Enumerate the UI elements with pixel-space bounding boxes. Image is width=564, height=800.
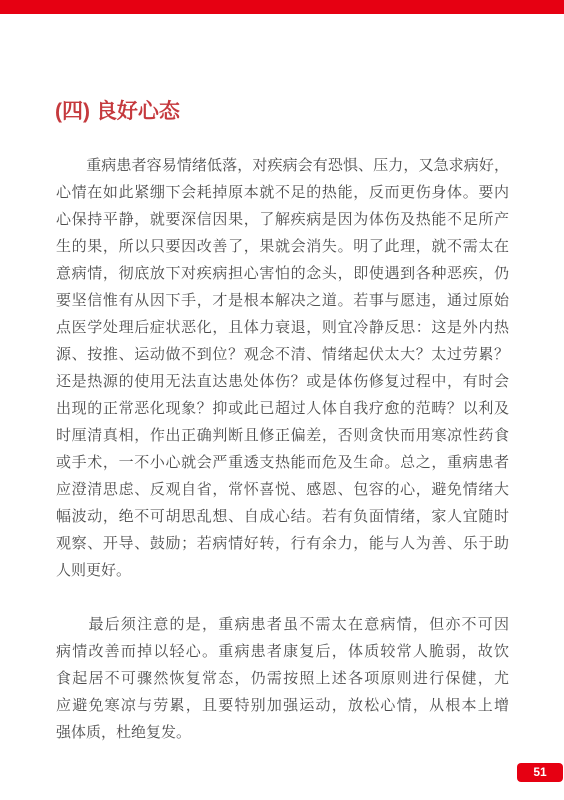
text-line: 心保持平静，就要深信因果，了解疾病是因为体伤及热能不足所产 <box>56 206 509 233</box>
text-line: 幅波动，绝不可胡思乱想、自成心结。若有负面情绪，家人宜随时 <box>56 503 509 530</box>
text-line: 观察、开导、鼓励；若病情好转，行有余力，能与人为善、乐于助 <box>56 530 509 557</box>
text-line: 出现的正常恶化现象？抑或此已超过人体自我疗愈的范畴？以利及 <box>56 395 509 422</box>
paragraph-1: 重病患者容易情绪低落，对疾病会有恐惧、压力，又急求病好， 心情在如此紧绷下会耗掉… <box>56 152 509 584</box>
text-line: 人则更好。 <box>56 557 509 584</box>
text-line: 时厘清真相，作出正确判断且修正偏差，否则贪快而用寒凉性药食 <box>56 422 509 449</box>
section-heading: (四) 良好心态 <box>55 100 180 124</box>
text-line: 最后须注意的是，重病患者虽不需太在意病情，但亦不可因 <box>56 611 509 638</box>
text-line: 应避免寒凉与劳累，且要特别加强运动，放松心情，从根本上增 <box>56 692 509 719</box>
text-line: 还是热源的使用无法直达患处体伤？或是体伤修复过程中，有时会 <box>56 368 509 395</box>
text-line: 生的果，所以只要因改善了，果就会消失。明了此理，就不需太在 <box>56 233 509 260</box>
text-line: 重病患者容易情绪低落，对疾病会有恐惧、压力，又急求病好， <box>56 152 509 179</box>
text-line: 心情在如此紧绷下会耗掉原本就不足的热能，反而更伤身体。要内 <box>56 179 509 206</box>
text-line: 病情改善而掉以轻心。重病患者康复后，体质较常人脆弱，故饮 <box>56 638 509 665</box>
text-line: 意病情，彻底放下对疾病担心害怕的念头，即使遇到各种恶疾，仍 <box>56 260 509 287</box>
top-accent-bar <box>0 0 564 14</box>
paragraph-2: 最后须注意的是，重病患者虽不需太在意病情，但亦不可因 病情改善而掉以轻心。重病患… <box>56 611 509 746</box>
page-number-badge: 51 <box>517 763 563 782</box>
page-content: 重病患者容易情绪低落，对疾病会有恐惧、压力，又急求病好， 心情在如此紧绷下会耗掉… <box>56 152 509 746</box>
text-line: 点医学处理后症状恶化，且体力衰退，则宜冷静反思：这是外内热 <box>56 314 509 341</box>
text-line: 食起居不可骤然恢复常态，仍需按照上述各项原则进行保健，尤 <box>56 665 509 692</box>
text-line: 要坚信惟有从因下手，才是根本解决之道。若事与愿违，通过原始 <box>56 287 509 314</box>
text-line: 或手术，一不小心就会严重透支热能而危及生命。总之，重病患者 <box>56 449 509 476</box>
book-page: (四) 良好心态 重病患者容易情绪低落，对疾病会有恐惧、压力，又急求病好， 心情… <box>0 0 564 800</box>
page-number: 51 <box>533 765 546 779</box>
text-line: 强体质，杜绝复发。 <box>56 719 509 746</box>
text-line: 源、按推、运动做不到位？观念不清、情绪起伏太大？太过劳累？ <box>56 341 509 368</box>
text-line: 应澄清思虑、反观自省，常怀喜悦、感恩、包容的心，避免情绪大 <box>56 476 509 503</box>
